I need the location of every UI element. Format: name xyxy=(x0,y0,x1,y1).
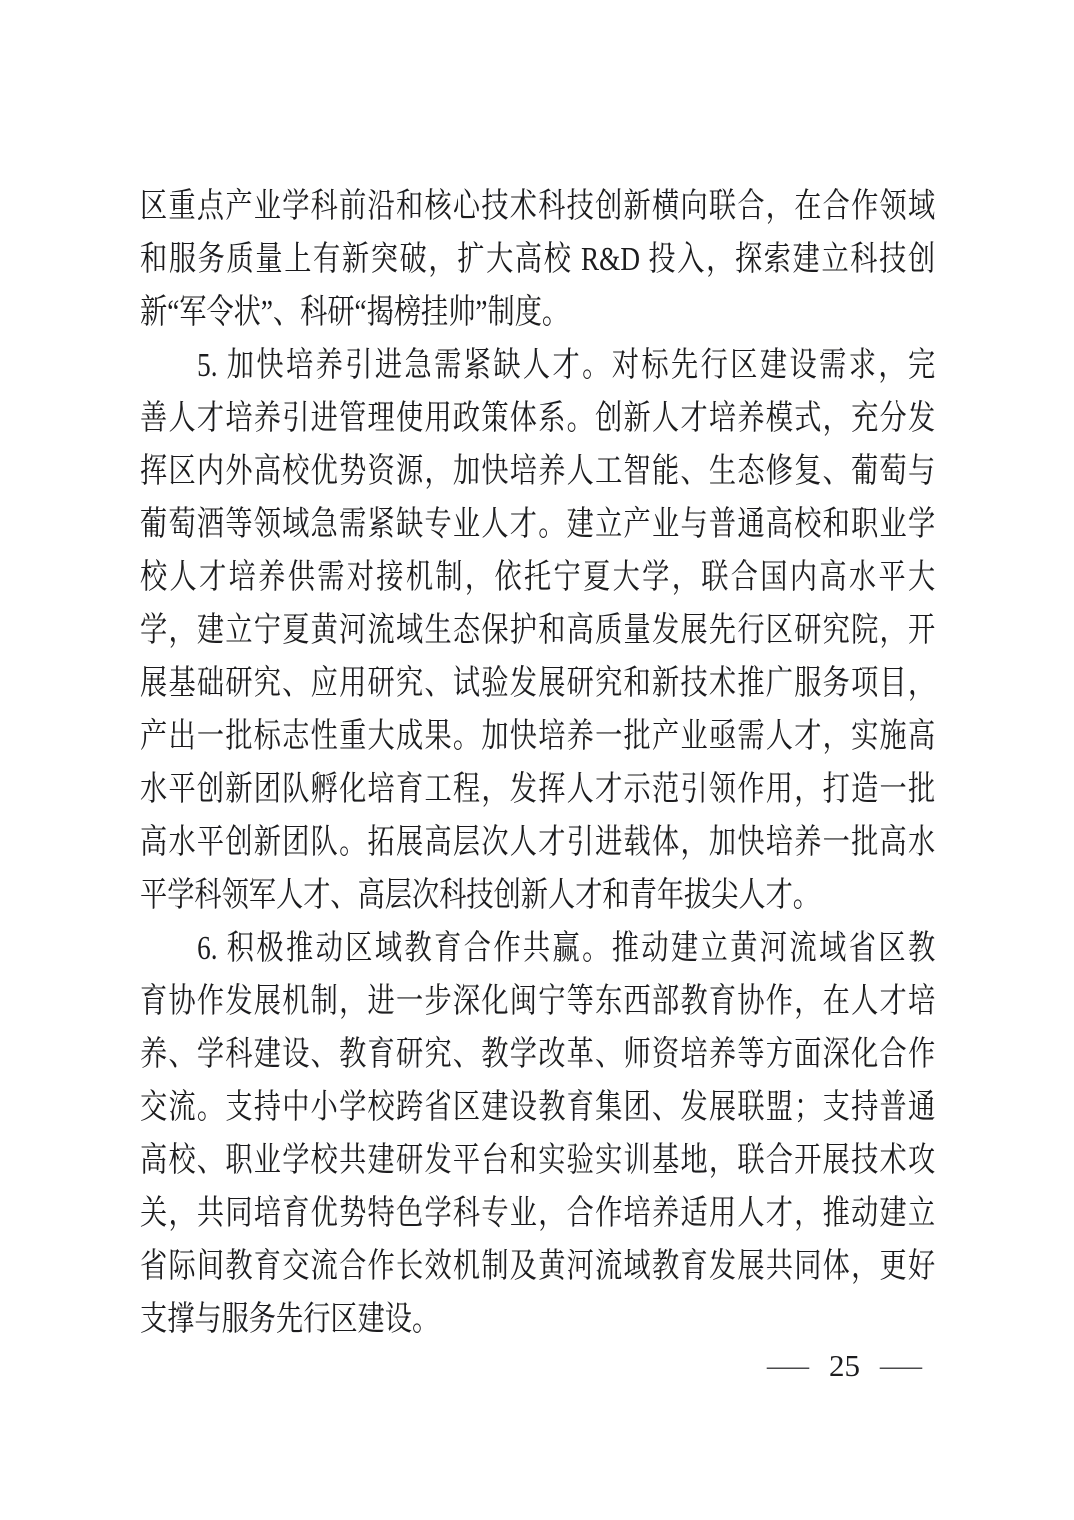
footer-dash-right: — xyxy=(880,1349,922,1383)
text-line: 育协作发展机制，进一步深化闽宁等东西部教育协作，在人才培 xyxy=(140,975,935,1028)
document-body: 区重点产业学科前沿和核心技术科技创新横向联合，在合作领域 和服务质量上有新突破，… xyxy=(140,180,935,1346)
text-line: 学，建立宁夏黄河流域生态保护和高质量发展先行区研究院，开 xyxy=(140,604,935,657)
text-line paragraph-start: 6. 积极推动区域教育合作共赢。推动建立黄河流域省区教 xyxy=(140,922,935,975)
text-line: 和服务质量上有新突破，扩大高校 R&D 投入，探索建立科技创 xyxy=(140,233,935,286)
document-page: 区重点产业学科前沿和核心技术科技创新横向联合，在合作领域 和服务质量上有新突破，… xyxy=(0,0,1074,1520)
text-line: 交流。支持中小学校跨省区建设教育集团、发展联盟；支持普通 xyxy=(140,1081,935,1134)
text-line: 展基础研究、应用研究、试验发展研究和新技术推广服务项目， xyxy=(140,657,935,710)
text-line: 水平创新团队孵化培育工程，发挥人才示范引领作用，打造一批 xyxy=(140,763,935,816)
text-line paragraph-start: 5. 加快培养引进急需紧缺人才。对标先行区建设需求，完 xyxy=(140,339,935,392)
text-line: 省际间教育交流合作长效机制及黄河流域教育发展共同体，更好 xyxy=(140,1240,935,1293)
page-number: 25 xyxy=(829,1348,860,1384)
page-footer: — 25 — xyxy=(773,1348,916,1384)
text-line: 善人才培养引进管理使用政策体系。创新人才培养模式，充分发 xyxy=(140,392,935,445)
text-line: 区重点产业学科前沿和核心技术科技创新横向联合，在合作领域 xyxy=(140,180,935,233)
text-line: 葡萄酒等领域急需紧缺专业人才。建立产业与普通高校和职业学 xyxy=(140,498,935,551)
text-line: 产出一批标志性重大成果。加快培养一批产业亟需人才，实施高 xyxy=(140,710,935,763)
text-line: 高水平创新团队。拓展高层次人才引进载体，加快培养一批高水 xyxy=(140,816,935,869)
text-line: 关，共同培育优势特色学科专业，合作培养适用人才，推动建立 xyxy=(140,1187,935,1240)
text-line: 挥区内外高校优势资源，加快培养人工智能、生态修复、葡萄与 xyxy=(140,445,935,498)
text-line: 养、学科建设、教育研究、教学改革、师资培养等方面深化合作 xyxy=(140,1028,935,1081)
text-line: 平学科领军人才、高层次科技创新人才和青年拔尖人才。 xyxy=(140,869,935,922)
text-line: 校人才培养供需对接机制，依托宁夏大学，联合国内高水平大 xyxy=(140,551,935,604)
text-line: 支撑与服务先行区建设。 xyxy=(140,1293,935,1346)
text-line: 高校、职业学校共建研发平台和实验实训基地，联合开展技术攻 xyxy=(140,1134,935,1187)
footer-dash-left: — xyxy=(767,1349,809,1383)
text-line: 新“军令状”、科研“揭榜挂帅”制度。 xyxy=(140,286,935,339)
